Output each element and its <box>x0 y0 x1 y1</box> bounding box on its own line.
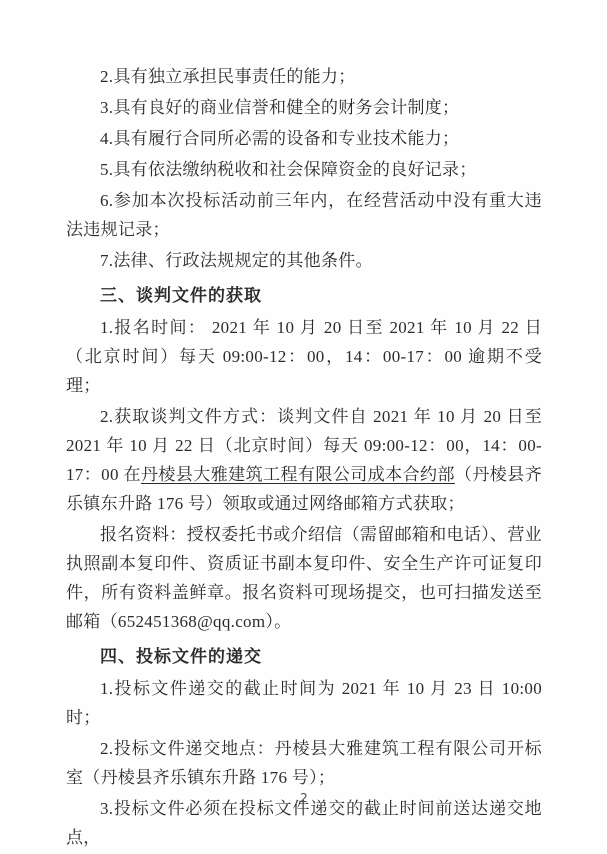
registration-materials: 报名资料：授权委托书或介绍信（需留邮箱和电话）、营业执照副本复印件、资质证书副本… <box>66 520 542 636</box>
section3-item1: 1.报名时间： 2021 年 10 月 20 日至 2021 年 10 月 22… <box>66 313 542 400</box>
page-number: 2 <box>66 791 542 805</box>
qualification-item-6: 6.参加本次投标活动前三年内，在经营活动中没有重大违法违规记录； <box>66 186 542 244</box>
document-page: 2.具有独立承担民事责任的能力； 3.具有良好的商业信誉和健全的财务会计制度； … <box>0 0 607 854</box>
section3-item2: 2.获取谈判文件方式：谈判文件自 2021 年 10 月 20 日至 2021 … <box>66 402 542 518</box>
section4-heading: 四、投标文件的递交 <box>66 642 542 671</box>
underlined-company-name: 丹棱县大雅建筑工程有限公司成本合约部 <box>141 465 455 484</box>
section4-item2: 2.投标文件递交地点：丹棱县大雅建筑工程有限公司开标室（丹棱县齐乐镇东升路 17… <box>66 734 542 792</box>
qualification-item-4: 4.具有履行合同所必需的设备和专业技术能力； <box>66 124 542 153</box>
qualification-item-5: 5.具有依法缴纳税收和社会保障资金的良好记录； <box>66 155 542 184</box>
document-body: 2.具有独立承担民事责任的能力； 3.具有良好的商业信誉和健全的财务会计制度； … <box>66 62 542 854</box>
qualification-item-3: 3.具有良好的商业信誉和健全的财务会计制度； <box>66 93 542 122</box>
section3-heading: 三、谈判文件的获取 <box>66 281 542 310</box>
section4-item1: 1.投标文件递交的截止时间为 2021 年 10 月 23 日 10:00 时； <box>66 674 542 732</box>
qualification-item-7: 7.法律、行政法规规定的其他条件。 <box>66 246 542 275</box>
qualification-item-2: 2.具有独立承担民事责任的能力； <box>66 62 542 91</box>
